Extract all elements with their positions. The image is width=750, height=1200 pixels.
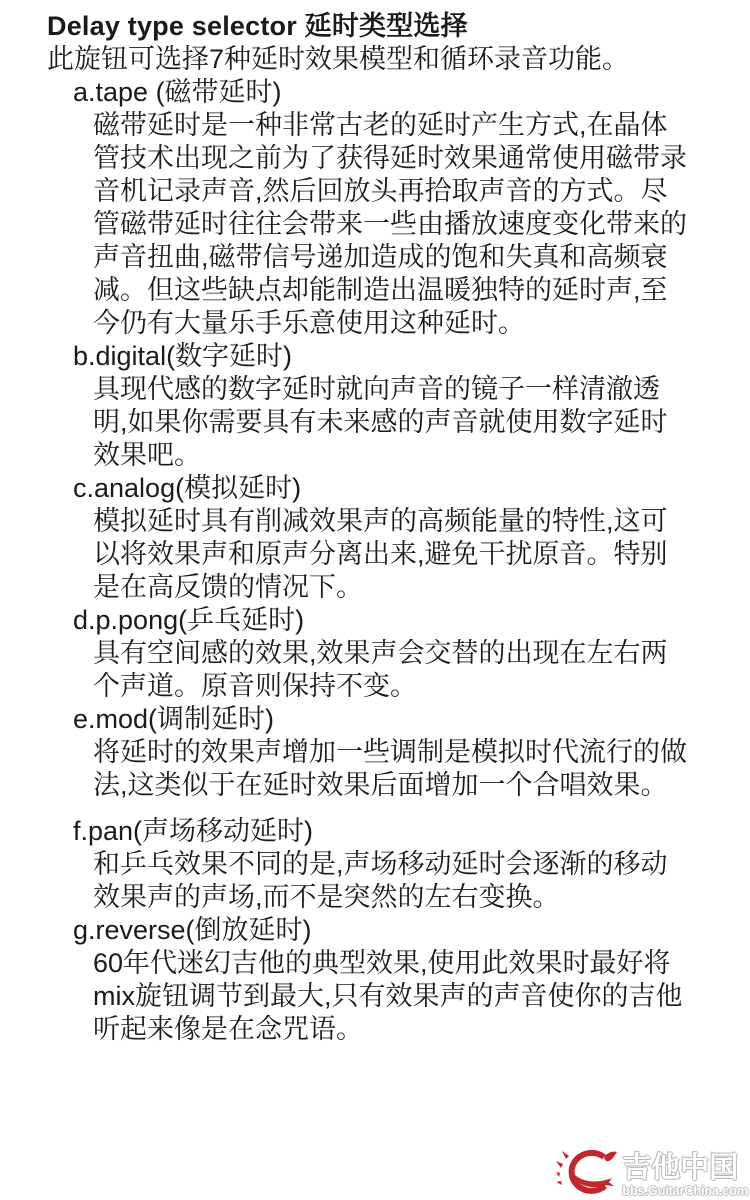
watermark-site-name: 吉他中国 (622, 1153, 738, 1183)
watermark: 吉他中国 bbs.GuitarChina.com (556, 1146, 750, 1200)
dragon-icon (556, 1146, 620, 1198)
section-mod: e.mod(调制延时) 将延时的效果声增加一些调制是模拟时代流行的做 法,这类似… (47, 703, 727, 802)
intro-text: 此旋钮可选择7种延时效果模型和循环录音功能。 (47, 43, 727, 76)
section-header-tape: a.tape (磁带延时) (47, 76, 727, 109)
section-body-mod: 将延时的效果声增加一些调制是模拟时代流行的做 法,这类似于在延时效果后面增加一个… (47, 736, 727, 802)
section-body-ppong: 具有空间感的效果,效果声会交替的出现在左右两 个声道。原音则保持不变。 (47, 637, 727, 703)
section-body-tape: 磁带延时是一种非常古老的延时产生方式,在晶体 管技术出现之前为了获得延时效果通常… (47, 109, 727, 340)
watermark-text: 吉他中国 bbs.GuitarChina.com (622, 1153, 748, 1198)
section-body-analog: 模拟延时具有削减效果声的高频能量的特性,这可 以将效果声和原声分离出来,避免干扰… (47, 505, 727, 604)
manual-page: Delay type selector 延时类型选择 此旋钮可选择7种延时效果模… (47, 10, 727, 1046)
section-pan: f.pan(声场移动延时) 和乒乓效果不同的是,声场移动延时会逐渐的移动 效果声… (47, 815, 727, 914)
section-analog: c.analog(模拟延时) 模拟延时具有削减效果声的高频能量的特性,这可 以将… (47, 472, 727, 604)
section-header-ppong: d.p.pong(乒乓延时) (47, 604, 727, 637)
section-tape: a.tape (磁带延时) 磁带延时是一种非常古老的延时产生方式,在晶体 管技术… (47, 76, 727, 340)
section-ppong: d.p.pong(乒乓延时) 具有空间感的效果,效果声会交替的出现在左右两 个声… (47, 604, 727, 703)
section-header-analog: c.analog(模拟延时) (47, 472, 727, 505)
section-header-mod: e.mod(调制延时) (47, 703, 727, 736)
watermark-site-url: bbs.GuitarChina.com (622, 1184, 748, 1198)
page-title: Delay type selector 延时类型选择 (47, 10, 727, 43)
section-header-reverse: g.reverse(倒放延时) (47, 914, 727, 947)
section-header-digital: b.digital(数字延时) (47, 340, 727, 373)
section-header-pan: f.pan(声场移动延时) (47, 815, 727, 848)
section-body-reverse: 60年代迷幻吉他的典型效果,使用此效果时最好将 mix旋钮调节到最大,只有效果声… (47, 947, 727, 1046)
section-reverse: g.reverse(倒放延时) 60年代迷幻吉他的典型效果,使用此效果时最好将 … (47, 914, 727, 1046)
section-digital: b.digital(数字延时) 具现代感的数字延时就向声音的镜子一样清澈透 明,… (47, 340, 727, 472)
section-body-pan: 和乒乓效果不同的是,声场移动延时会逐渐的移动 效果声的声场,而不是突然的左右变换… (47, 848, 727, 914)
section-body-digital: 具现代感的数字延时就向声音的镜子一样清澈透 明,如果你需要具有未来感的声音就使用… (47, 373, 727, 472)
